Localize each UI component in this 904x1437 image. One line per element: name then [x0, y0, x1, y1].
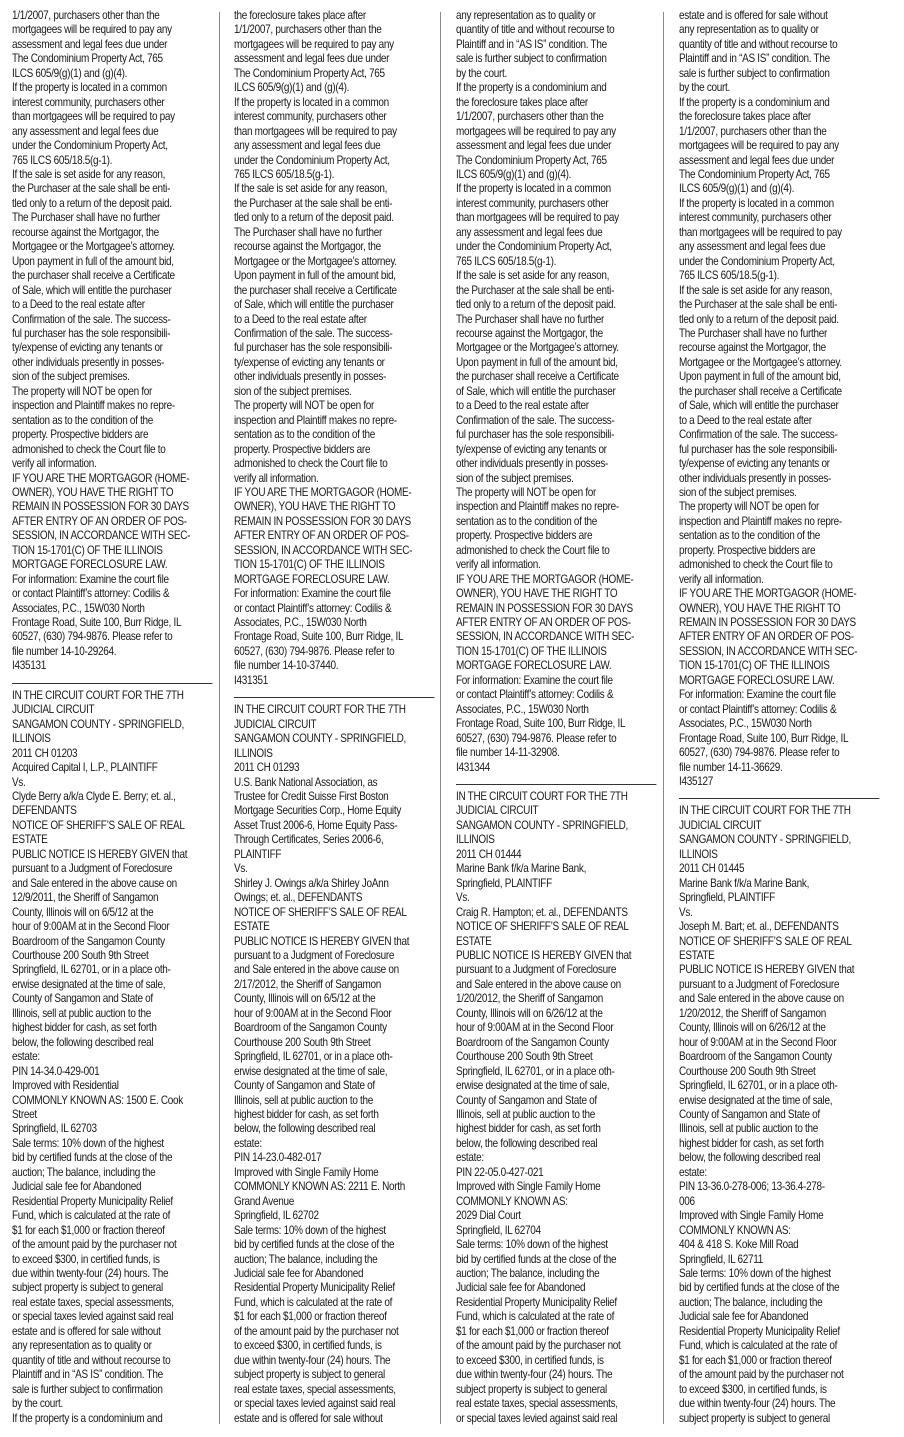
- notice-line: Fund, which is calculated at the rate of: [456, 1310, 656, 1324]
- notice-line: PLAINTIFF: [234, 848, 434, 862]
- notice-line: real estate taxes, special assessments,: [234, 1383, 434, 1397]
- notice-line: file number 14-10-29264.: [12, 645, 212, 659]
- notice-line: SANGAMON COUNTY - SPRINGFIELD,: [12, 718, 212, 732]
- notice-line: than mortgagees will be required to pay: [12, 110, 212, 124]
- notice-line: file number 14-10-37440.: [234, 659, 434, 673]
- notice-line: the Purchaser at the sale shall be enti-: [679, 298, 879, 312]
- notice-line: Fund, which is calculated at the rate of: [679, 1339, 879, 1353]
- notice-text-block: IN THE CIRCUIT COURT FOR THE 7THJUDICIAL…: [679, 804, 879, 1425]
- notice-line: subject property is subject to general: [234, 1368, 434, 1382]
- column-1: 1/1/2007, purchasers other than themortg…: [12, 9, 244, 1429]
- notice-line: SESSION, IN ACCORDANCE WITH SEC-: [12, 529, 212, 543]
- notice-line: highest bidder for cash, as set forth: [679, 1137, 879, 1151]
- notice-line: JUDICIAL CIRCUIT: [679, 819, 879, 833]
- notice-line: Springfield, IL 62702: [234, 1209, 434, 1223]
- notice-line: If the property is a condominium and: [456, 81, 656, 95]
- notice-line: estate:: [679, 1166, 879, 1180]
- notice-line: The Purchaser shall have no further: [679, 327, 879, 341]
- notice-line: Residential Property Municipality Relief: [679, 1325, 879, 1339]
- notice-line: ful purchaser has the sole responsibili-: [456, 428, 656, 442]
- notice-line: under the Condominium Property Act,: [679, 255, 879, 269]
- notice-line: AFTER ENTRY OF AN ORDER OF POS-: [456, 616, 656, 630]
- notice-line: inspection and Plaintiff makes no repre-: [679, 515, 879, 529]
- notice-line: TION 15-1701(C) OF THE ILLINOIS: [234, 558, 434, 572]
- notice-line: verify all information.: [12, 457, 212, 471]
- notice-line: REMAIN IN POSSESSION FOR 30 DAYS: [12, 500, 212, 514]
- notice-line: Springfield, IL 62703: [12, 1122, 212, 1136]
- notice-line: AFTER ENTRY OF AN ORDER OF POS-: [679, 630, 879, 644]
- notice-line: If the sale is set aside for any reason,: [234, 182, 434, 196]
- notice-line: ty/expense of evicting any tenants or: [234, 356, 434, 370]
- column-divider: [663, 12, 664, 1424]
- notice-line: subject property is subject to general: [12, 1281, 212, 1295]
- notice-line: MORTGAGE FORECLOSURE LAW.: [679, 674, 879, 688]
- notice-line: COMMONLY KNOWN AS: 2211 E. North: [234, 1180, 434, 1194]
- notice-line: $1 for each $1,000 or fraction thereof: [12, 1224, 212, 1238]
- notice-line: mortgagees will be required to pay any: [234, 38, 434, 52]
- notice-line: tled only to a return of the deposit pai…: [679, 313, 879, 327]
- notice-line: I431344: [456, 761, 656, 775]
- column-1-content: 1/1/2007, purchasers other than themortg…: [12, 9, 212, 1426]
- notice-line: Vs.: [234, 862, 434, 876]
- notice-line: any representation as to quality or: [12, 1339, 212, 1353]
- notice-line: Springfield, PLAINTIFF: [456, 877, 656, 891]
- notice-line: SESSION, IN ACCORDANCE WITH SEC-: [679, 645, 879, 659]
- notice-line: by the court.: [679, 81, 879, 95]
- notice-line: County of Sangamon and State of: [456, 1094, 656, 1108]
- notice-line: ILLINOIS: [456, 833, 656, 847]
- notice-line: PIN 13-36.0-278-006; 13-36.4-278-: [679, 1180, 879, 1194]
- notice-line: Confirmation of the sale. The success-: [679, 428, 879, 442]
- notice-line: IN THE CIRCUIT COURT FOR THE 7TH: [12, 689, 212, 703]
- notice-line: Illinois, sell at public auction to the: [234, 1094, 434, 1108]
- column-4: estate and is offered for sale withoutan…: [679, 9, 904, 1429]
- notice-line: 60527, (630) 794-9876. Please refer to: [456, 732, 656, 746]
- notice-line: NOTICE OF SHERIFF’S SALE OF REAL: [12, 819, 212, 833]
- notice-line: sion of the subject premises.: [456, 472, 656, 486]
- notice-line: admonished to check the Court file to: [679, 558, 879, 572]
- notice-separator-rule: [456, 784, 656, 785]
- notice-line: 1/1/2007, purchasers other than the: [234, 23, 434, 37]
- notice-line: sentation as to the condition of the: [456, 515, 656, 529]
- notice-line: tled only to a return of the deposit pai…: [456, 298, 656, 312]
- notice-line: TION 15-1701(C) OF THE ILLINOIS: [679, 659, 879, 673]
- notice-line: under the Condominium Property Act,: [456, 240, 656, 254]
- notice-line: erwise designated at the time of sale,: [679, 1094, 879, 1108]
- notice-line: COMMONLY KNOWN AS: 1500 E. Cook: [12, 1094, 212, 1108]
- notice-line: The property will NOT be open for: [234, 399, 434, 413]
- notice-line: Plaintiff and in “AS IS” condition. The: [456, 38, 656, 52]
- notice-line: or contact Plaintiff’s attorney: Codilis…: [12, 587, 212, 601]
- notice-line: OWNER), YOU HAVE THE RIGHT TO: [679, 602, 879, 616]
- notice-line: or contact Plaintiff’s attorney: Codilis…: [456, 688, 656, 702]
- column-3: any representation as to quality orquant…: [456, 9, 688, 1429]
- column-3-content: any representation as to quality orquant…: [456, 9, 656, 1426]
- notice-line: Associates, P.C., 15W030 North: [456, 703, 656, 717]
- notice-line: Confirmation of the sale. The success-: [12, 313, 212, 327]
- notice-line: sion of the subject premises.: [234, 385, 434, 399]
- notice-line: of Sale, which will entitle the purchase…: [456, 385, 656, 399]
- notice-line: below, the following described real: [12, 1036, 212, 1050]
- notice-line: Springfield, IL 62711: [679, 1253, 879, 1267]
- notice-line: For information: Examine the court file: [679, 688, 879, 702]
- notice-line: OWNER), YOU HAVE THE RIGHT TO: [456, 587, 656, 601]
- notice-line: inspection and Plaintiff makes no repre-: [234, 414, 434, 428]
- notice-line: estate:: [12, 1050, 212, 1064]
- notice-text-block: IN THE CIRCUIT COURT FOR THE 7THJUDICIAL…: [456, 790, 656, 1426]
- notice-line: ty/expense of evicting any tenants or: [679, 457, 879, 471]
- notice-line: PIN 14-23.0-482-017: [234, 1151, 434, 1165]
- notice-line: 765 ILCS 605/18.5(g-1).: [12, 154, 212, 168]
- notice-line: or contact Plaintiff’s attorney: Codilis…: [234, 602, 434, 616]
- notice-line: Sale terms: 10% down of the highest: [234, 1224, 434, 1238]
- notice-line: bid by certified funds at the close of t…: [234, 1238, 434, 1252]
- notice-line: 006: [679, 1195, 879, 1209]
- notice-line: verify all information.: [679, 573, 879, 587]
- notice-line: sale is further subject to confirmation: [456, 52, 656, 66]
- notice-line: hour of 9:00AM at in the Second Floor: [456, 1021, 656, 1035]
- notice-line: to exceed $300, in certified funds, is: [12, 1253, 212, 1267]
- notice-line: MORTGAGE FORECLOSURE LAW.: [234, 573, 434, 587]
- notice-line: of the amount paid by the purchaser not: [234, 1325, 434, 1339]
- notice-line: sentation as to the condition of the: [234, 428, 434, 442]
- notice-line: or special taxes levied against said rea…: [234, 1397, 434, 1411]
- notice-line: or contact Plaintiff’s attorney: Codilis…: [679, 703, 879, 717]
- notice-line: 2011 CH 01445: [679, 862, 879, 876]
- notice-line: Springfield, IL 62701, or in a place oth…: [679, 1079, 879, 1093]
- notice-line: JUDICIAL CIRCUIT: [456, 804, 656, 818]
- notice-line: Fund, which is calculated at the rate of: [234, 1296, 434, 1310]
- notice-line: Improved with Single Family Home: [234, 1166, 434, 1180]
- notice-line: assessment and legal fees due under: [456, 139, 656, 153]
- notice-line: PUBLIC NOTICE IS HEREBY GIVEN that: [679, 963, 879, 977]
- notice-line: Illinois, sell at public auction to the: [456, 1108, 656, 1122]
- notice-line: Marine Bank f/k/a Marine Bank,: [679, 877, 879, 891]
- notice-line: Boardroom of the Sangamon County: [679, 1050, 879, 1064]
- notice-line: auction; The balance, including the: [456, 1267, 656, 1281]
- notice-line: ful purchaser has the sole responsibili-: [679, 443, 879, 457]
- notice-separator-rule: [234, 697, 434, 698]
- notice-line: If the property is located in a common: [679, 197, 879, 211]
- notice-line: County, Illinois will on 6/26/12 at the: [456, 1007, 656, 1021]
- notice-line: to a Deed to the real estate after: [12, 298, 212, 312]
- notice-line: Marine Bank f/k/a Marine Bank,: [456, 862, 656, 876]
- notice-line: estate and is offered for sale without: [679, 9, 879, 23]
- notice-line: highest bidder for cash, as set forth: [234, 1108, 434, 1122]
- notice-line: due within twenty-four (24) hours. The: [234, 1354, 434, 1368]
- notice-line: mortgagees will be required to pay any: [12, 23, 212, 37]
- notice-line: Clyde Berry a/k/a Clyde E. Berry; et. al…: [12, 790, 212, 804]
- notice-line: Joseph M. Bart; et. al., DEFENDANTS: [679, 920, 879, 934]
- notice-line: ty/expense of evicting any tenants or: [12, 341, 212, 355]
- notice-line: 2/17/2012, the Sheriff of Sangamon: [234, 978, 434, 992]
- notice-separator-rule: [679, 798, 879, 799]
- notice-line: For information: Examine the court file: [12, 573, 212, 587]
- notice-line: 60527, (630) 794-9876. Please refer to: [234, 645, 434, 659]
- notice-line: PUBLIC NOTICE IS HEREBY GIVEN that: [234, 935, 434, 949]
- notice-line: Associates, P.C., 15W030 North: [12, 602, 212, 616]
- notice-line: Springfield, IL 62701, or in a place oth…: [456, 1065, 656, 1079]
- notice-line: COMMONLY KNOWN AS:: [456, 1195, 656, 1209]
- notice-line: Mortgagee or the Mortgagee’s attorney.: [679, 356, 879, 370]
- notice-line: Springfield, PLAINTIFF: [679, 891, 879, 905]
- notice-line: Vs.: [679, 906, 879, 920]
- notice-line: 404 & 418 S. Koke Mill Road: [679, 1238, 879, 1252]
- notice-line: hour of 9:00AM at in the Second Floor: [12, 920, 212, 934]
- notice-line: OWNER), YOU HAVE THE RIGHT TO: [12, 486, 212, 500]
- notice-line: County of Sangamon and State of: [12, 992, 212, 1006]
- notice-line: ILLINOIS: [679, 848, 879, 862]
- notice-line: If the sale is set aside for any reason,: [456, 269, 656, 283]
- notice-line: If the property is a condominium and: [679, 96, 879, 110]
- notice-line: the purchaser shall receive a Certificat…: [456, 370, 656, 384]
- notice-line: of the amount paid by the purchaser not: [12, 1238, 212, 1252]
- notice-line: inspection and Plaintiff makes no repre-: [12, 399, 212, 413]
- notice-line: other individuals presently in posses-: [234, 370, 434, 384]
- notice-line: than mortgagees will be required to pay: [456, 211, 656, 225]
- notice-text-block: IN THE CIRCUIT COURT FOR THE 7THJUDICIAL…: [234, 703, 434, 1426]
- notice-line: of the amount paid by the purchaser not: [456, 1339, 656, 1353]
- notice-line: REMAIN IN POSSESSION FOR 30 DAYS: [456, 602, 656, 616]
- notice-line: the Purchaser at the sale shall be enti-: [12, 182, 212, 196]
- notice-line: any assessment and legal fees due: [12, 125, 212, 139]
- notice-line: $1 for each $1,000 or fraction thereof: [234, 1310, 434, 1324]
- notice-line: Courthouse 200 South 9th Street: [12, 949, 212, 963]
- notice-line: NOTICE OF SHERIFF’S SALE OF REAL: [679, 935, 879, 949]
- notice-line: Illinois, sell at public auction to the: [679, 1122, 879, 1136]
- notice-line: than mortgagees will be required to pay: [679, 226, 879, 240]
- notice-line: pursuant to a Judgment of Foreclosure: [234, 949, 434, 963]
- notice-line: subject property is subject to general: [679, 1412, 879, 1426]
- notice-line: bid by certified funds at the close of t…: [12, 1151, 212, 1165]
- notice-line: Through Certificates, Series 2006-6,: [234, 833, 434, 847]
- notice-text-block: 1/1/2007, purchasers other than themortg…: [12, 9, 212, 674]
- notice-line: sentation as to the condition of the: [12, 414, 212, 428]
- notice-line: interest community, purchasers other: [12, 96, 212, 110]
- notice-line: to exceed $300, in certified funds, is: [456, 1354, 656, 1368]
- notice-line: recourse against the Mortgagor, the: [679, 341, 879, 355]
- notice-line: 765 ILCS 605/18.5(g-1).: [679, 269, 879, 283]
- notice-line: PIN 22-05.0-427-021: [456, 1166, 656, 1180]
- notice-line: recourse against the Mortgagor, the: [12, 226, 212, 240]
- notice-line: due within twenty-four (24) hours. The: [679, 1397, 879, 1411]
- notice-line: real estate taxes, special assessments,: [456, 1397, 656, 1411]
- notice-line: Mortgagee or the Mortgagee’s attorney.: [12, 240, 212, 254]
- notice-line: Associates, P.C., 15W030 North: [679, 717, 879, 731]
- notice-line: of Sale, which will entitle the purchase…: [12, 284, 212, 298]
- notice-line: Boardroom of the Sangamon County: [456, 1036, 656, 1050]
- notice-line: Sale terms: 10% down of the highest: [12, 1137, 212, 1151]
- notice-line: mortgagees will be required to pay any: [456, 125, 656, 139]
- notice-line: due within twenty-four (24) hours. The: [12, 1267, 212, 1281]
- notice-line: of Sale, which will entitle the purchase…: [679, 399, 879, 413]
- notice-text-block: the foreclosure takes place after1/1/200…: [234, 9, 434, 688]
- notice-line: PIN 14-34.0-429-001: [12, 1065, 212, 1079]
- notice-line: property. Prospective bidders are: [679, 544, 879, 558]
- notice-line: PUBLIC NOTICE IS HEREBY GIVEN that: [12, 848, 212, 862]
- notice-line: pursuant to a Judgment of Foreclosure: [12, 862, 212, 876]
- notice-line: to exceed $300, in certified funds, is: [234, 1339, 434, 1353]
- notice-line: OWNER), YOU HAVE THE RIGHT TO: [234, 500, 434, 514]
- notice-line: ILCS 605/9(g)(1) and (g)(4).: [679, 182, 879, 196]
- notice-line: Frontage Road, Suite 100, Burr Ridge, IL: [12, 616, 212, 630]
- notice-line: Judicial sale fee for Abandoned: [12, 1180, 212, 1194]
- notice-line: Mortgagee or the Mortgagee’s attorney.: [456, 341, 656, 355]
- notice-line: erwise designated at the time of sale,: [12, 978, 212, 992]
- notice-line: below, the following described real: [456, 1137, 656, 1151]
- column-divider: [440, 12, 441, 1424]
- notice-line: Shirley J. Owings a/k/a Shirley JoAnn: [234, 877, 434, 891]
- notice-line: Springfield, IL 62701, or in a place oth…: [234, 1050, 434, 1064]
- notice-line: below, the following described real: [679, 1151, 879, 1165]
- notice-line: Asset Trust 2006-6, Home Equity Pass-: [234, 819, 434, 833]
- notice-line: under the Condominium Property Act,: [12, 139, 212, 153]
- notice-line: County of Sangamon and State of: [679, 1108, 879, 1122]
- notice-line: Boardroom of the Sangamon County: [12, 935, 212, 949]
- notice-line: to a Deed to the real estate after: [679, 414, 879, 428]
- notice-line: to a Deed to the real estate after: [456, 399, 656, 413]
- notice-line: TION 15-1701(C) OF THE ILLINOIS: [12, 544, 212, 558]
- notice-line: tled only to a return of the deposit pai…: [12, 197, 212, 211]
- notice-line: ILLINOIS: [12, 732, 212, 746]
- notice-line: inspection and Plaintiff makes no repre-: [456, 500, 656, 514]
- notice-line: interest community, purchasers other: [456, 197, 656, 211]
- notice-line: Frontage Road, Suite 100, Burr Ridge, IL: [679, 732, 879, 746]
- notice-line: to exceed $300, in certified funds, is: [679, 1383, 879, 1397]
- notice-line: Springfield, IL 62701, or in a place oth…: [12, 963, 212, 977]
- notice-line: The Condominium Property Act, 765: [679, 168, 879, 182]
- notice-line: County, Illinois will on 6/5/12 at the: [234, 992, 434, 1006]
- notice-line: $1 for each $1,000 or fraction thereof: [456, 1325, 656, 1339]
- notice-line: JUDICIAL CIRCUIT: [234, 718, 434, 732]
- notice-line: the purchaser shall receive a Certificat…: [234, 284, 434, 298]
- notice-line: sentation as to the condition of the: [679, 529, 879, 543]
- notice-line: JUDICIAL CIRCUIT: [12, 703, 212, 717]
- notice-line: If the property is located in a common: [234, 96, 434, 110]
- notice-line: 2011 CH 01203: [12, 747, 212, 761]
- notice-line: 765 ILCS 605/18.5(g-1).: [456, 255, 656, 269]
- notice-line: Sale terms: 10% down of the highest: [456, 1238, 656, 1252]
- notice-line: 60527, (630) 794-9876. Please refer to: [679, 746, 879, 760]
- notice-line: Improved with Single Family Home: [456, 1180, 656, 1194]
- notice-line: Upon payment in full of the amount bid,: [234, 269, 434, 283]
- notice-line: of Sale, which will entitle the purchase…: [234, 298, 434, 312]
- notice-line: pursuant to a Judgment of Foreclosure: [456, 963, 656, 977]
- notice-line: ILCS 605/9(g)(1) and (g)(4).: [456, 168, 656, 182]
- notice-line: COMMONLY KNOWN AS:: [679, 1224, 879, 1238]
- notice-line: Upon payment in full of the amount bid,: [679, 370, 879, 384]
- notice-line: SANGAMON COUNTY - SPRINGFIELD,: [456, 819, 656, 833]
- notice-line: under the Condominium Property Act,: [234, 154, 434, 168]
- notice-line: AFTER ENTRY OF AN ORDER OF POS-: [12, 515, 212, 529]
- notice-line: The Purchaser shall have no further: [234, 226, 434, 240]
- notice-line: IN THE CIRCUIT COURT FOR THE 7TH: [679, 804, 879, 818]
- notice-line: ILCS 605/9(g)(1) and (g)(4).: [234, 81, 434, 95]
- notice-line: mortgagees will be required to pay any: [679, 139, 879, 153]
- notice-line: and Sale entered in the above cause on: [12, 877, 212, 891]
- notice-line: the foreclosure takes place after: [234, 9, 434, 23]
- notice-line: verify all information.: [456, 558, 656, 572]
- notice-line: Judicial sale fee for Abandoned: [456, 1281, 656, 1295]
- notice-line: Trustee for Credit Suisse First Boston: [234, 790, 434, 804]
- notice-line: If the sale is set aside for any reason,: [679, 284, 879, 298]
- notice-line: auction; The balance, including the: [234, 1253, 434, 1267]
- notice-line: County, Illinois will on 6/5/12 at the: [12, 906, 212, 920]
- notice-line: assessment and legal fees due under: [234, 52, 434, 66]
- notice-line: 2011 CH 01444: [456, 848, 656, 862]
- notice-line: other individuals presently in posses-: [679, 472, 879, 486]
- notice-line: hour of 9:00AM at in the Second Floor: [679, 1036, 879, 1050]
- notice-line: Courthouse 200 South 9th Street: [456, 1050, 656, 1064]
- notice-line: any assessment and legal fees due: [679, 240, 879, 254]
- notice-line: I435131: [12, 659, 212, 673]
- notice-line: any representation as to quality or: [456, 9, 656, 23]
- notice-line: ESTATE: [456, 935, 656, 949]
- notice-line: The Purchaser shall have no further: [456, 313, 656, 327]
- notice-line: by the court.: [456, 67, 656, 81]
- notice-line: the purchaser shall receive a Certificat…: [679, 385, 879, 399]
- notice-line: IN THE CIRCUIT COURT FOR THE 7TH: [234, 703, 434, 717]
- notice-line: pursuant to a Judgment of Foreclosure: [679, 978, 879, 992]
- notice-line: SESSION, IN ACCORDANCE WITH SEC-: [234, 544, 434, 558]
- notice-line: ESTATE: [234, 920, 434, 934]
- notice-line: of the amount paid by the purchaser not: [679, 1368, 879, 1382]
- column-divider: [219, 12, 220, 1424]
- notice-line: due within twenty-four (24) hours. The: [456, 1368, 656, 1382]
- notice-line: file number 14-11-32908.: [456, 746, 656, 760]
- notice-line: Craig R. Hampton; et. al., DEFENDANTS: [456, 906, 656, 920]
- notice-line: 765 ILCS 605/18.5(g-1).: [234, 168, 434, 182]
- notice-text-block: IN THE CIRCUIT COURT FOR THE 7THJUDICIAL…: [12, 689, 212, 1426]
- notice-line: and Sale entered in the above cause on: [234, 963, 434, 977]
- notice-line: Acquired Capital I, L.P., PLAINTIFF: [12, 761, 212, 775]
- notice-line: auction; The balance, including the: [679, 1296, 879, 1310]
- notice-line: 1/1/2007, purchasers other than the: [456, 110, 656, 124]
- notice-line: erwise designated at the time of sale,: [234, 1065, 434, 1079]
- notice-line: file number 14-11-36629.: [679, 761, 879, 775]
- notice-line: ty/expense of evicting any tenants or: [456, 443, 656, 457]
- notice-line: Upon payment in full of the amount bid,: [456, 356, 656, 370]
- notice-line: IF YOU ARE THE MORTGAGOR (HOME-: [456, 573, 656, 587]
- notice-line: IF YOU ARE THE MORTGAGOR (HOME-: [12, 472, 212, 486]
- notice-line: Frontage Road, Suite 100, Burr Ridge, IL: [456, 717, 656, 731]
- notice-line: any assessment and legal fees due: [234, 139, 434, 153]
- notice-line: verify all information.: [234, 472, 434, 486]
- notice-line: real estate taxes, special assessments,: [12, 1296, 212, 1310]
- notice-line: The Condominium Property Act, 765: [456, 154, 656, 168]
- notice-line: tled only to a return of the deposit pai…: [234, 211, 434, 225]
- notice-line: For information: Examine the court file: [234, 587, 434, 601]
- notice-line: ful purchaser has the sole responsibili-: [234, 341, 434, 355]
- notice-line: than mortgagees will be required to pay: [234, 125, 434, 139]
- notice-line: Judicial sale fee for Abandoned: [679, 1310, 879, 1324]
- notice-line: 1/1/2007, purchasers other than the: [12, 9, 212, 23]
- notice-line: I435127: [679, 775, 879, 789]
- notice-line: SANGAMON COUNTY - SPRINGFIELD,: [679, 833, 879, 847]
- notice-line: ESTATE: [12, 833, 212, 847]
- notice-line: quantity of title and without recourse t…: [12, 1354, 212, 1368]
- notice-line: the purchaser shall receive a Certificat…: [12, 269, 212, 283]
- notice-line: Residential Property Municipality Relief: [456, 1296, 656, 1310]
- notice-line: Vs.: [456, 891, 656, 905]
- notice-line: assessment and legal fees due under: [679, 154, 879, 168]
- notice-line: 2029 Dial Court: [456, 1209, 656, 1223]
- notice-line: NOTICE OF SHERIFF’S SALE OF REAL: [234, 906, 434, 920]
- notice-line: interest community, purchasers other: [679, 211, 879, 225]
- notice-line: sion of the subject premises.: [12, 370, 212, 384]
- notice-line: Courthouse 200 South 9th Street: [234, 1036, 434, 1050]
- notice-line: Plaintiff and in “AS IS” condition. The: [679, 52, 879, 66]
